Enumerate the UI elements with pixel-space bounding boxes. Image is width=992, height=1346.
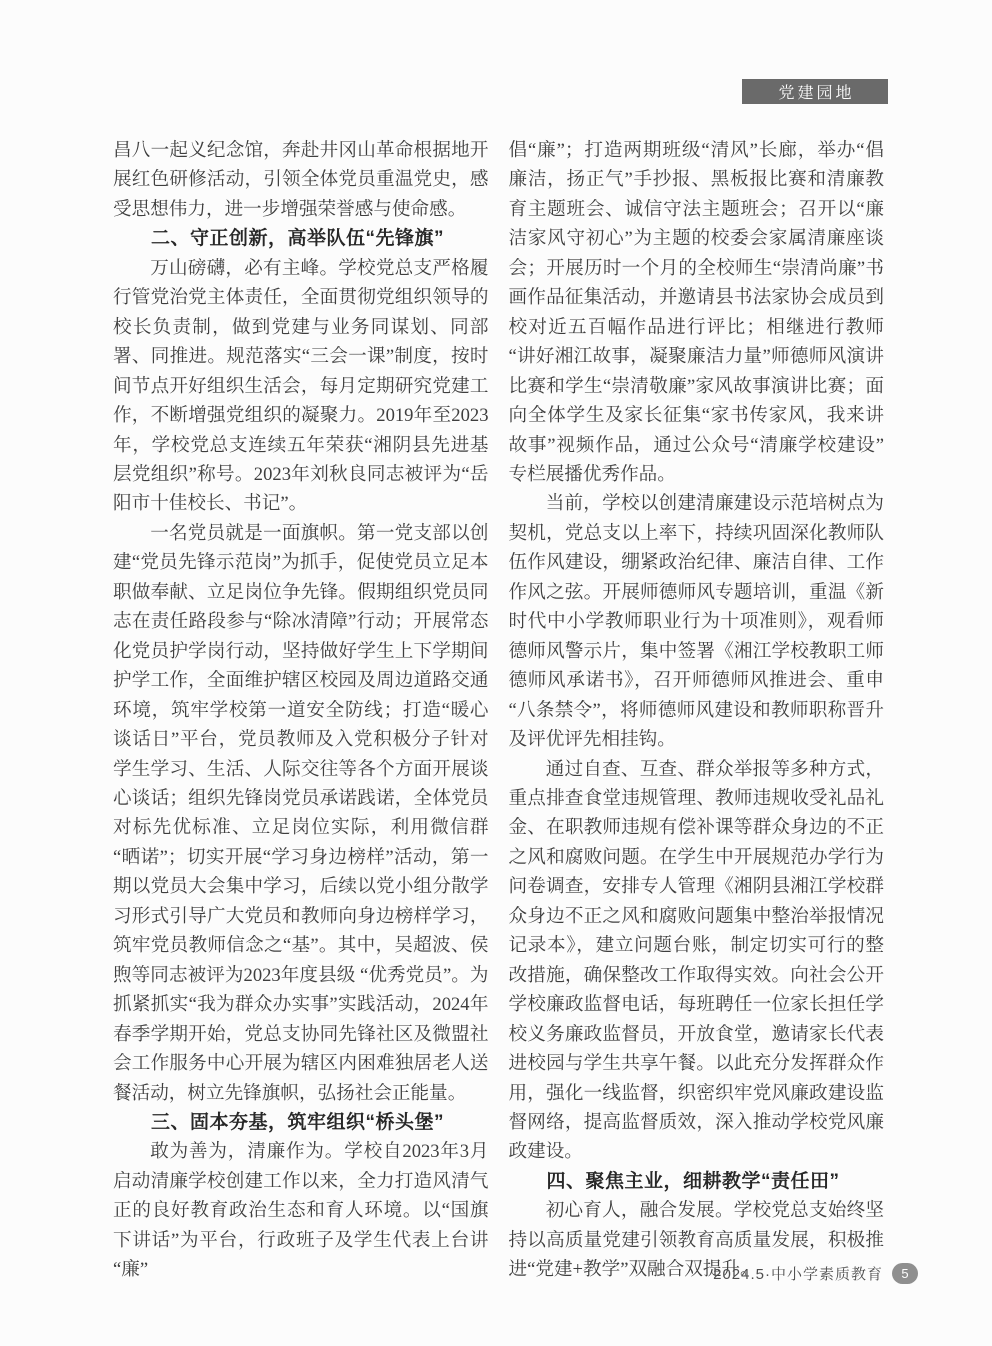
magazine-page: 党建园地 昌八一起义纪念馆，奔赴井冈山革命根据地开展红色研修活动，引领全体党员重… xyxy=(0,0,992,1346)
body-paragraph: 昌八一起义纪念馆，奔赴井冈山革命根据地开展红色研修活动，引领全体党员重温党史，感… xyxy=(113,136,489,224)
body-paragraph: 倡“廉”；打造两期班级“清风”长廊，举办“倡廉洁，扬正气”手抄报、黑板报比赛和清… xyxy=(509,136,885,489)
body-paragraph: 一名党员就是一面旗帜。第一党支部以创建“党员先锋示范岗”为抓手，促使党员立足本职… xyxy=(113,519,489,1108)
section-header-badge: 党建园地 xyxy=(742,79,888,104)
page-number-badge: 5 xyxy=(892,1263,918,1284)
right-column: 倡“廉”；打造两期班级“清风”长廊，举办“倡廉洁，扬正气”手抄报、黑板报比赛和清… xyxy=(509,136,885,1285)
body-paragraph: 敢为善为，清廉作为。学校自2023年3月启动清廉学校创建工作以来，全力打造风清气… xyxy=(113,1137,489,1284)
body-paragraph: 通过自查、互查、群众举报等多种方式，重点排查食堂违规管理、教师违规收受礼品礼金、… xyxy=(509,755,885,1167)
article-body: 昌八一起义纪念馆，奔赴井冈山革命根据地开展红色研修活动，引领全体党员重温党史，感… xyxy=(113,136,884,1285)
section-heading: 四、聚焦主业，细耕教学“责任田” xyxy=(509,1167,885,1196)
section-heading: 二、守正创新，高举队伍“先锋旗” xyxy=(113,224,489,253)
page-footer: 2024.5·中小学素质教育 5 xyxy=(713,1263,918,1284)
section-heading: 三、固本夯基，筑牢组织“桥头堡” xyxy=(113,1108,489,1137)
body-paragraph: 当前，学校以创建清廉建设示范培树点为契机，党总支以上率下，持续巩固深化教师队伍作… xyxy=(509,489,885,754)
body-paragraph: 万山磅礴，必有主峰。学校党总支严格履行管党治党主体责任，全面贯彻党组织领导的校长… xyxy=(113,254,489,519)
left-column: 昌八一起义纪念馆，奔赴井冈山革命根据地开展红色研修活动，引领全体党员重温党史，感… xyxy=(113,136,489,1285)
journal-issue-text: 2024.5·中小学素质教育 xyxy=(713,1263,883,1284)
